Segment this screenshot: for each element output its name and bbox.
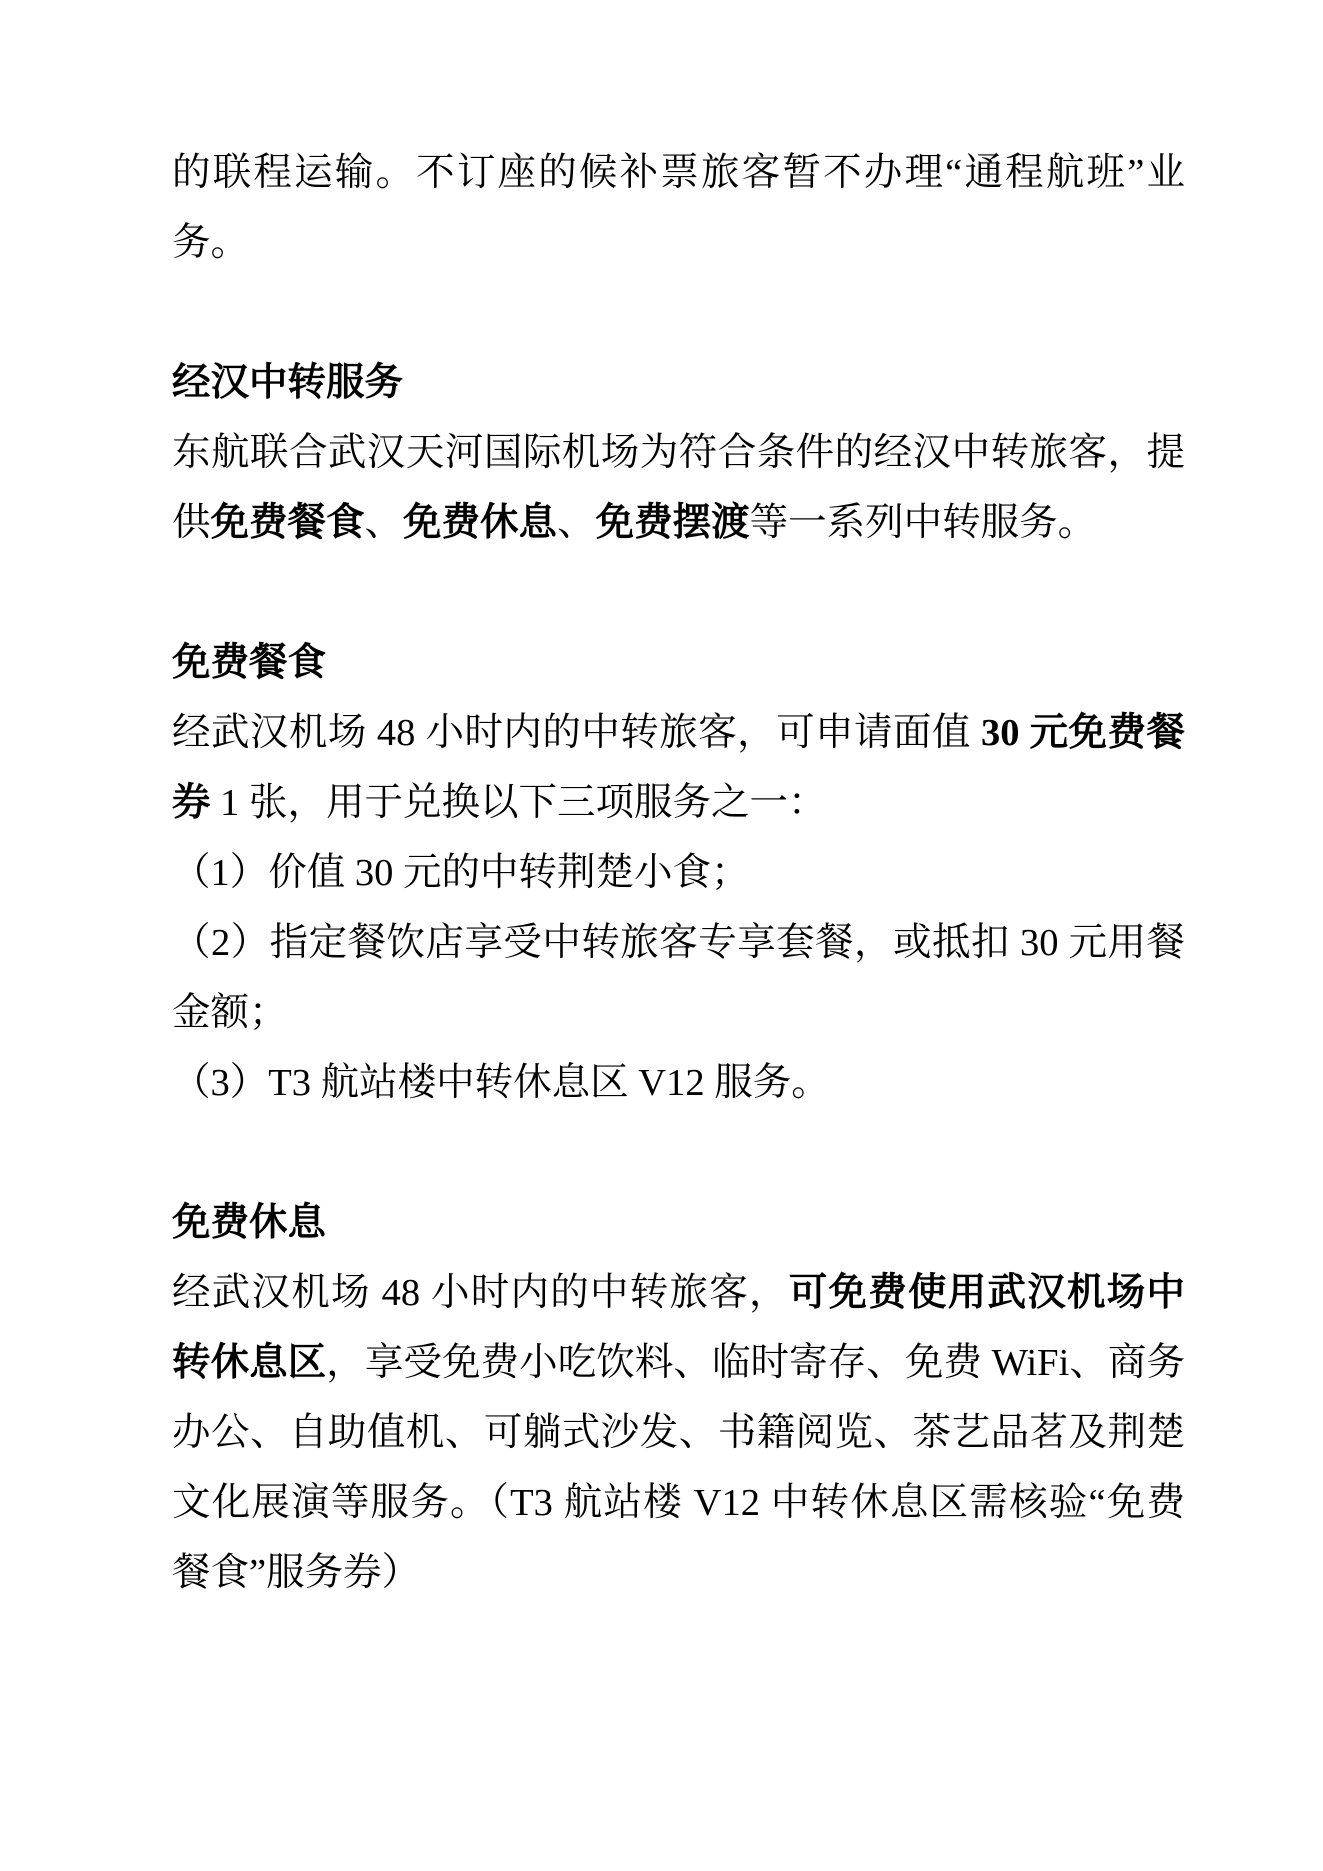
bold-text-run: 免费休息	[403, 502, 557, 544]
paragraph: （2）指定餐饮店享受中转旅客专享套餐，或抵扣 30 元用餐金额；	[172, 908, 1185, 1048]
paragraph: 经武汉机场 48 小时内的中转旅客，可申请面值 30 元免费餐券 1 张，用于兑…	[172, 698, 1185, 838]
section-heading: 免费休息	[172, 1188, 1185, 1258]
text-run: 、	[557, 502, 596, 544]
section-heading: 免费餐食	[172, 628, 1185, 698]
bold-text-run: 经汉中转服务	[172, 362, 403, 404]
section-heading: 经汉中转服务	[172, 348, 1185, 418]
bold-text-run: 免费餐食	[172, 642, 326, 684]
paragraph: 的联程运输。不订座的候补票旅客暂不办理“通程航班”业务。	[172, 138, 1185, 278]
bold-text-run: 免费摆渡	[596, 502, 750, 544]
text-run: 的联程运输。不订座的候补票旅客暂不办理“通程航班”业务。	[172, 152, 1185, 264]
paragraph: 经武汉机场 48 小时内的中转旅客，可免费使用武汉机场中转休息区，享受免费小吃饮…	[172, 1258, 1185, 1608]
text-run: 经武汉机场 48 小时内的中转旅客，	[172, 1272, 789, 1314]
text-run: （2）指定餐饮店享受中转旅客专享套餐，或抵扣 30 元用餐金额；	[172, 922, 1185, 1034]
text-run: （3）T3 航站楼中转休息区 V12 服务。	[172, 1062, 830, 1104]
paragraph: 东航联合武汉天河国际机场为符合条件的经汉中转旅客，提供免费餐食、免费休息、免费摆…	[172, 418, 1185, 558]
text-run: 经武汉机场 48 小时内的中转旅客，可申请面值	[172, 712, 981, 754]
document-page: 的联程运输。不订座的候补票旅客暂不办理“通程航班”业务。经汉中转服务东航联合武汉…	[0, 0, 1323, 1871]
text-run: 1 张，用于兑换以下三项服务之一：	[211, 782, 827, 824]
document-body: 的联程运输。不订座的候补票旅客暂不办理“通程航班”业务。经汉中转服务东航联合武汉…	[0, 0, 1323, 1871]
text-run: （1）价值 30 元的中转荆楚小食；	[172, 852, 750, 894]
paragraph: （3）T3 航站楼中转休息区 V12 服务。	[172, 1048, 1185, 1118]
paragraph: （1）价值 30 元的中转荆楚小食；	[172, 838, 1185, 908]
bold-text-run: 免费休息	[172, 1202, 326, 1244]
text-run: 等一系列中转服务。	[750, 502, 1097, 544]
text-run: 、	[365, 502, 404, 544]
bold-text-run: 免费餐食	[211, 502, 365, 544]
